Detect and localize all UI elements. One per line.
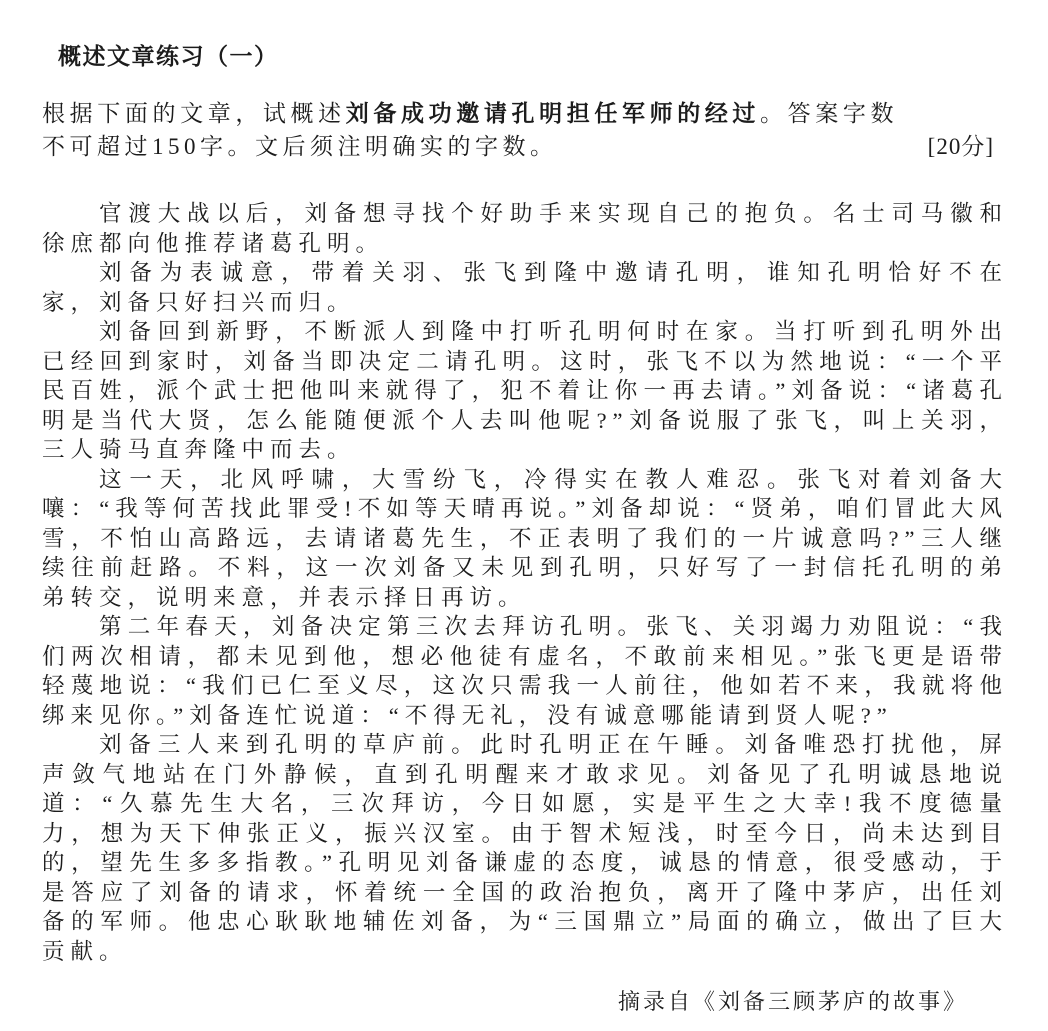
story-paragraph: 刘备回到新野，不断派人到隆中打听孔明何时在家。当打听到孔明外出已经回到家时，刘备… <box>42 317 1008 465</box>
score-label: [20分] <box>928 130 994 163</box>
instructions-prefix: 根据下面的文章，试概述 <box>42 101 346 126</box>
story-paragraph: 官渡大战以后，刘备想寻找个好助手来实现自己的抱负。名士司马徽和徐庶都向他推荐诸葛… <box>42 199 1008 258</box>
story-paragraph: 刘备三人来到孔明的草庐前。此时孔明正在午睡。刘备唯恐打扰他，屏声敛气地站在门外静… <box>42 730 1008 966</box>
page-title: 概述文章练习（一） <box>58 42 1008 72</box>
story-paragraph: 这一天，北风呼啸，大雪纷飞，冷得实在教人难忍。张飞对着刘备大嚷：“我等何苦找此罪… <box>42 465 1008 613</box>
story-paragraph: 刘备为表诚意，带着关羽、张飞到隆中邀请孔明，谁知孔明恰好不在家，刘备只好扫兴而归… <box>42 258 1008 317</box>
exercise-instructions: 根据下面的文章，试概述刘备成功邀请孔明担任军师的经过。答案字数不可超过150字。… <box>42 97 1008 163</box>
document-page: 概述文章练习（一） 根据下面的文章，试概述刘备成功邀请孔明担任军师的经过。答案字… <box>0 0 1048 1031</box>
story-body: 官渡大战以后，刘备想寻找个好助手来实现自己的抱负。名士司马徽和徐庶都向他推荐诸葛… <box>42 199 1008 966</box>
instructions-emphasis: 刘备成功邀请孔明担任军师的经过 <box>346 101 760 126</box>
source-attribution: 摘录自《刘备三顾茅庐的故事》 <box>42 987 1008 1017</box>
story-paragraph: 第二年春天，刘备决定第三次去拜访孔明。张飞、关羽竭力劝阻说：“我们两次相请，都未… <box>42 612 1008 730</box>
